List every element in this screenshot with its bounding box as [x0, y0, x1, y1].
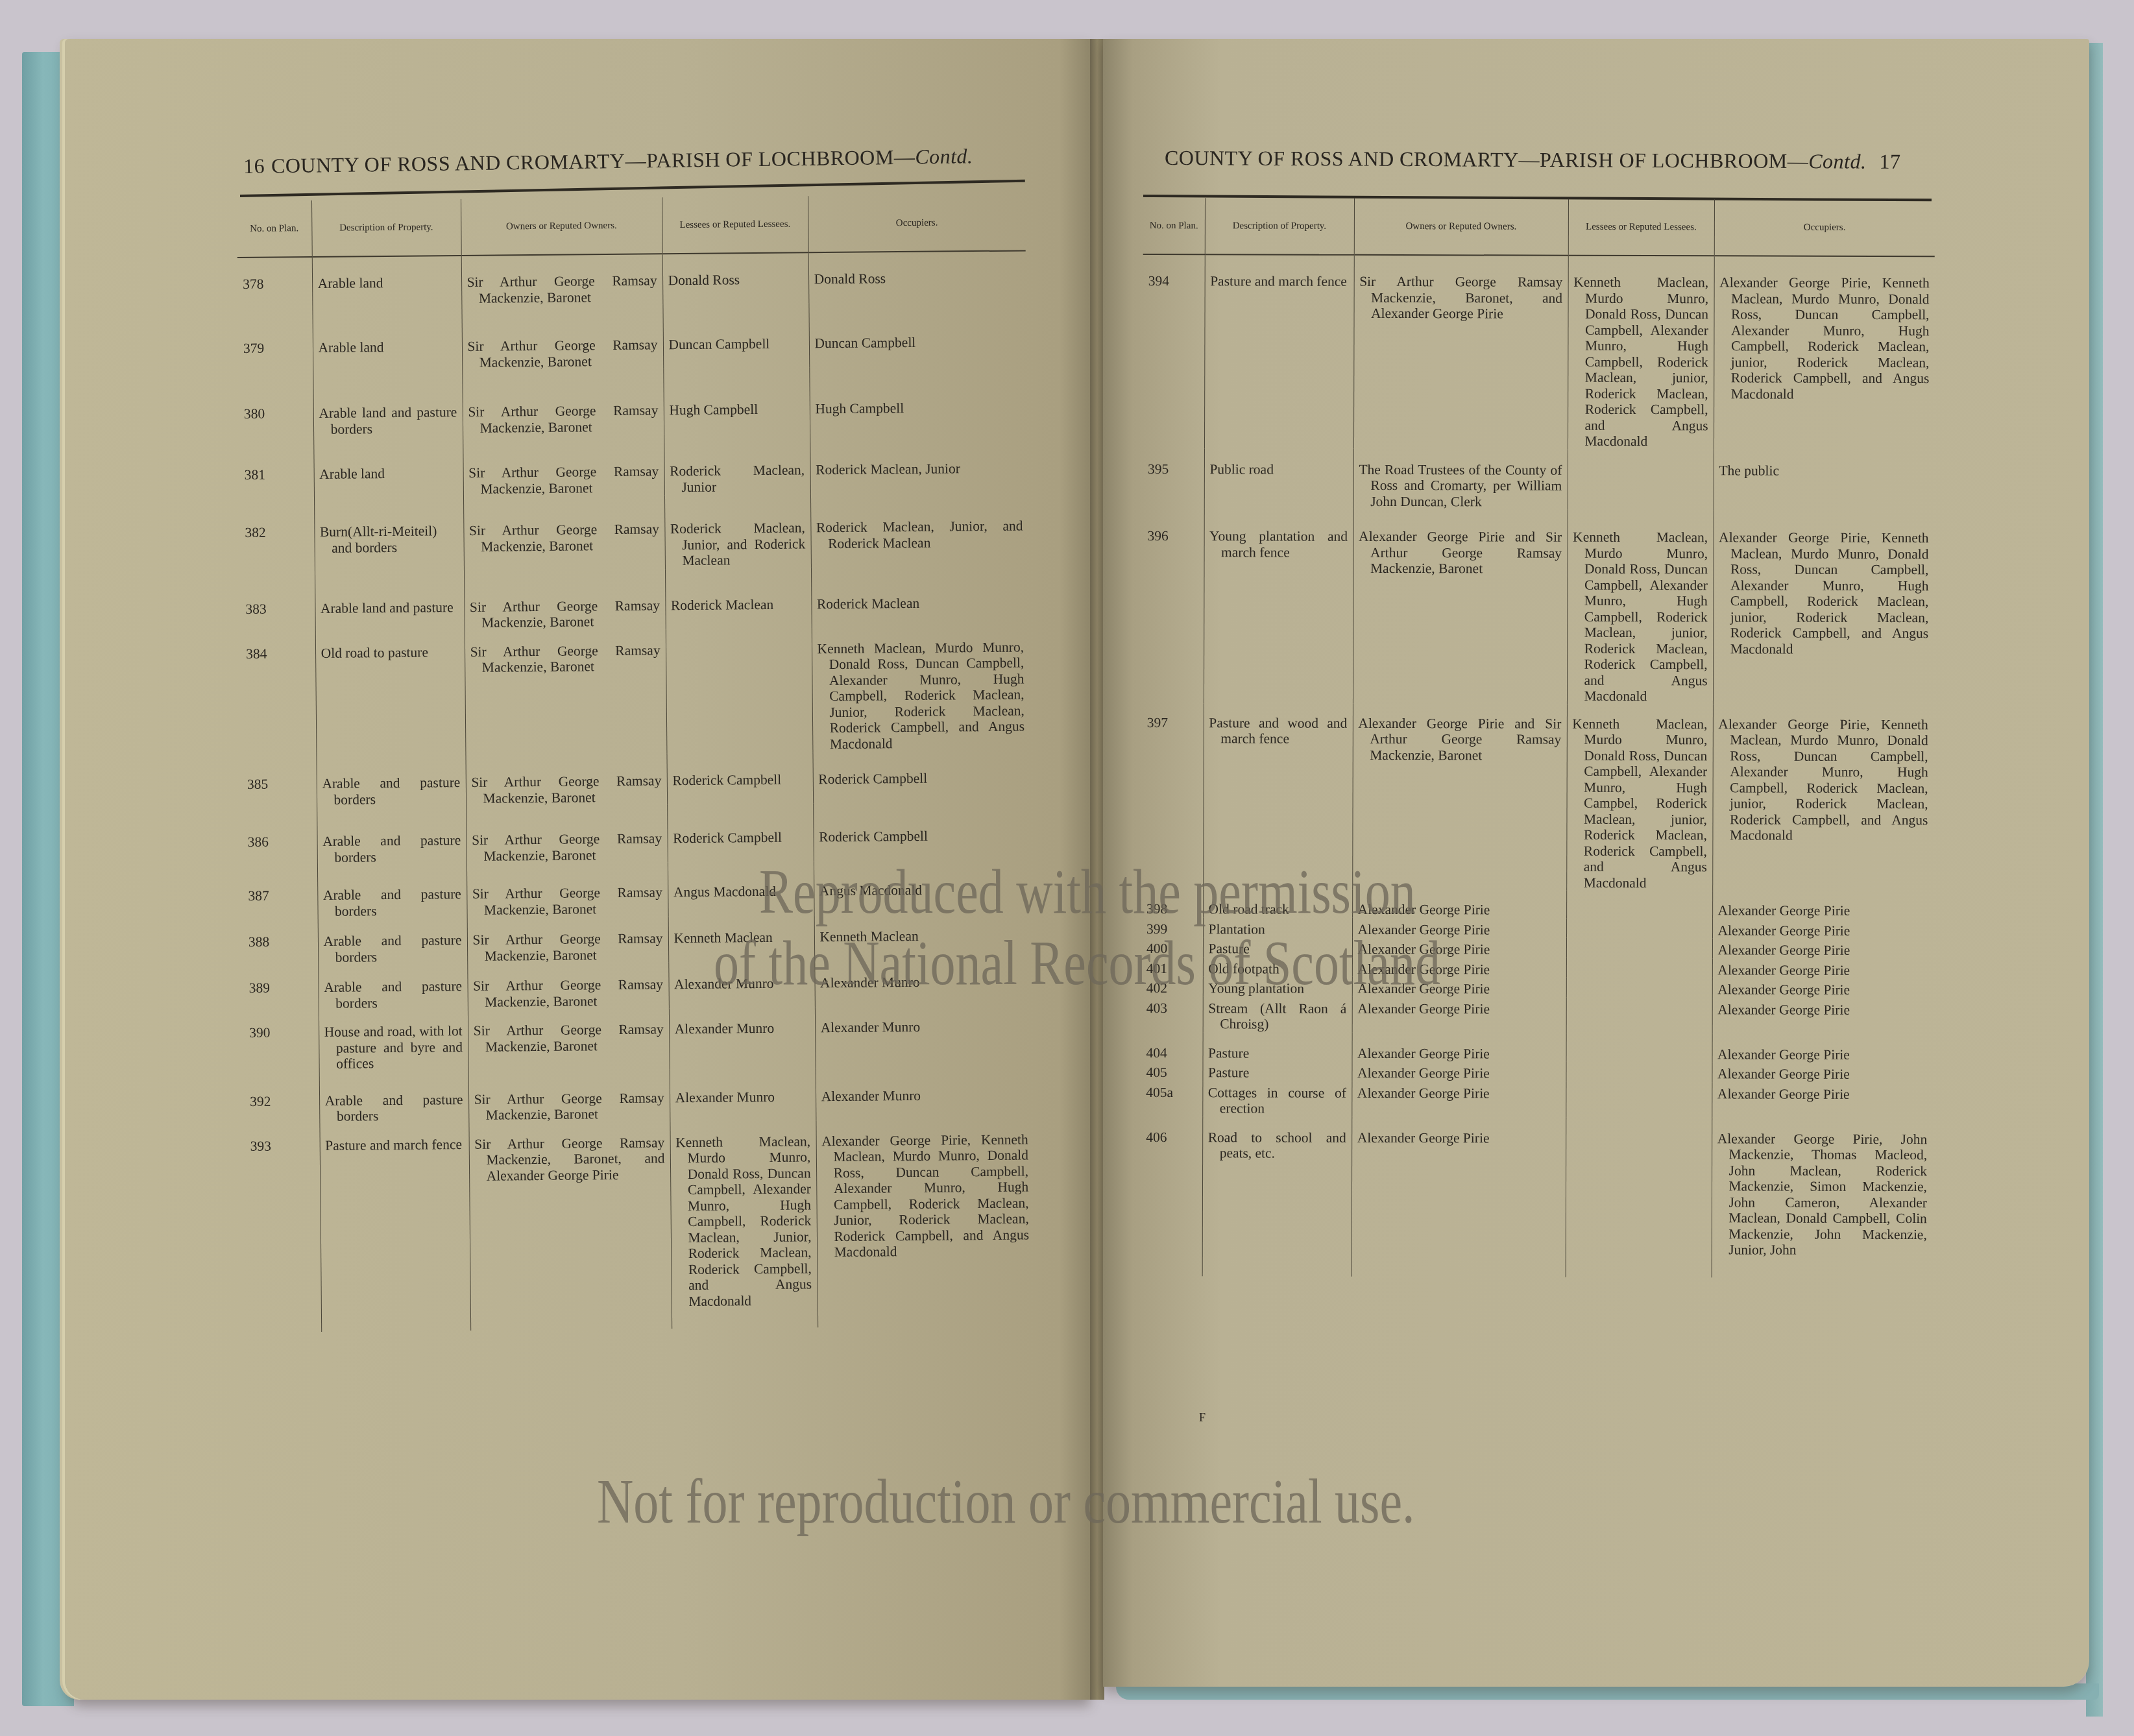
column-header: Occupiers. [808, 194, 1026, 252]
cell-text: Donald Ross [814, 269, 1021, 287]
cell-no: 379 [237, 307, 313, 372]
column-header: No. on Plan. [237, 200, 312, 258]
cell-text: Old road track [1209, 901, 1347, 917]
table-row: 402Young plantationAlexander George Piri… [1141, 976, 1933, 998]
table-row: 405PastureAlexander George PirieAlexande… [1141, 1061, 1932, 1083]
table-body: 394Pasture and march fenceSir Arthur Geo… [1141, 254, 1935, 1278]
cell-no: 405 [1141, 1061, 1202, 1081]
cell-text: 379 [243, 341, 264, 356]
cell-occupiers: Kenneth Maclean [814, 913, 1032, 961]
cell-text [1571, 1130, 1706, 1131]
cell-description: Old footpath [1203, 957, 1352, 977]
cell-lessees: Roderick Maclean [665, 568, 812, 629]
running-head-contd: Contd. [1808, 149, 1866, 173]
cell-occupiers: Roderick Campbell [813, 801, 1031, 861]
cell-description: Pasture [1203, 1032, 1352, 1061]
cell-no: 390 [244, 1011, 319, 1073]
cell-text: Kenneth Maclean, Murdo Munro, Donald Ros… [1572, 716, 1708, 891]
cell-no: 381 [239, 437, 314, 499]
cell-occupiers: Alexander George Pirie, Kenneth Maclean,… [1712, 705, 1934, 891]
cell-text: Alexander George Pirie [1357, 1085, 1560, 1101]
cell-no: 398 [1141, 889, 1203, 917]
cell-text: Roderick Campbell [672, 771, 807, 788]
cell-description: Arable and pasture borders [318, 964, 468, 1011]
cell-text: 401 [1146, 961, 1167, 976]
cell-description: Young plantation [1203, 976, 1352, 996]
cell-occupiers: Alexander George Pirie, John Mackenzie, … [1712, 1118, 1933, 1278]
cell-text: Alexander George Pirie [1357, 1000, 1560, 1017]
cell-text: Sir Arthur George Ramsay Mackenzie, Baro… [468, 463, 659, 497]
cell-lessees [1566, 1062, 1712, 1082]
cell-lessees [1566, 1081, 1712, 1118]
cell-text: 402 [1146, 980, 1167, 996]
cell-owners: The Road Trustees of the County of Ross … [1353, 448, 1568, 509]
cell-occupiers: Alexander George Pirie [1712, 978, 1933, 998]
cell-text: Arable and pasture borders [322, 775, 460, 808]
cell-text: Roderick Maclean, Junior, and Roderick M… [670, 520, 806, 568]
cell-text: Sir Arthur George Ramsay Mackenzie, Baro… [474, 1090, 664, 1124]
cell-owners: Alexander George Pirie [1352, 957, 1566, 977]
cell-text: Sir Arthur George Ramsay Mackenzie, Baro… [474, 1135, 665, 1184]
cell-text: Alexander Munro [820, 973, 1027, 991]
cell-text: Sir Arthur George Ramsay Mackenzie, Baro… [473, 976, 663, 1010]
valuation-table-left: No. on Plan. Description of Property. Ow… [237, 194, 1035, 1332]
cell-no: 402 [1141, 976, 1203, 996]
cell-owners: Sir Arthur George Ramsay Mackenzie, Baro… [467, 962, 669, 1010]
cell-text: 387 [248, 888, 269, 904]
cell-text: Angus Macdonald [819, 881, 1026, 898]
book-gutter [1090, 39, 1104, 1700]
cell-text: Alexander George Pirie [1717, 1066, 1928, 1082]
cell-occupiers: Kenneth Maclean, Murdo Munro, Donald Ros… [812, 626, 1030, 752]
cell-text: 394 [1148, 273, 1169, 289]
cell-owners: Alexander George Pirie [1352, 890, 1566, 918]
cell-text: Public road [1209, 461, 1348, 477]
cell-description: Arable and pasture borders [317, 806, 467, 865]
cell-text: Sir Arthur George Ramsay Mackenzie, Baro… [472, 884, 662, 918]
cell-text: Alexander George Pirie [1357, 1129, 1560, 1146]
cell-occupiers: Alexander George Pirie [1712, 938, 1933, 958]
cell-text: Pasture [1208, 1045, 1346, 1061]
cell-text: 392 [250, 1093, 271, 1109]
cell-lessees: Angus Macdonald [668, 861, 814, 916]
column-header: Lessees or Reputed Lessees. [1568, 199, 1714, 256]
cell-text: Sir Arthur George Ramsay Mackenzie, Baro… [474, 1021, 664, 1055]
cell-description: Young plantation and march fence [1204, 509, 1353, 703]
table-row: 397Pasture and wood and march fenceAlexa… [1141, 703, 1934, 891]
cell-owners: Alexander George Pirie [1352, 1116, 1566, 1277]
cell-text: 380 [244, 406, 265, 422]
cell-text [1571, 982, 1706, 982]
table-row: 401Old footpathAlexander George PirieAle… [1141, 956, 1933, 978]
cell-text: Arable and pasture borders [323, 886, 461, 919]
cell-occupiers: Hugh Campbell [809, 365, 1027, 433]
cell-text: Sir Arthur George Ramsay Mackenzie, Baro… [467, 272, 657, 306]
table-header-row: No. on Plan. Description of Property. Ow… [237, 194, 1026, 258]
cell-text: 388 [249, 934, 269, 950]
table-row: 395Public roadThe Road Trustees of the C… [1143, 448, 1934, 511]
table-row: 403Stream (Allt Raon á Chroisg)Alexander… [1141, 996, 1933, 1033]
cell-text: Alexander George Pirie [1717, 962, 1928, 978]
cell-text: 393 [250, 1138, 271, 1153]
cell-text: Old footpath [1208, 961, 1346, 977]
cell-text: 390 [249, 1025, 270, 1041]
cell-lessees: Duncan Campbell [662, 303, 809, 368]
cell-text: Alexander George Pirie [1717, 1086, 1928, 1102]
cell-text: Duncan Campbell [814, 333, 1021, 351]
cell-lessees: Donald Ross [662, 252, 809, 304]
cell-occupiers: Alexander George Pirie [1712, 1062, 1932, 1082]
cell-owners: Alexander George Pirie and Sir Arthur Ge… [1352, 703, 1567, 890]
cell-no: 395 [1143, 448, 1204, 509]
cell-no: 388 [243, 919, 319, 966]
cell-occupiers: The public [1714, 450, 1934, 511]
column-header: No. on Plan. [1143, 198, 1205, 254]
table-row: 400PastureAlexander George PirieAlexande… [1141, 937, 1933, 959]
cell-text: Arable and pasture borders [323, 932, 461, 965]
table-row: 405aCottages in course of erectionAlexan… [1141, 1080, 1932, 1118]
cell-owners: Sir Arthur George Ramsay Mackenzie, Baro… [467, 862, 668, 918]
cell-text: Alexander George Pirie [1718, 902, 1928, 919]
table-row: 394Pasture and march fenceSir Arthur Geo… [1143, 254, 1935, 450]
cell-text: 406 [1146, 1129, 1167, 1145]
cell-occupiers: Alexander George Pirie [1712, 919, 1933, 939]
column-header: Description of Property. [1205, 198, 1354, 255]
cell-lessees: Roderick Maclean, Junior, and Roderick M… [664, 494, 811, 568]
cell-description: Arable and pasture borders [317, 864, 467, 919]
cell-text: Alexander Munro [675, 1020, 810, 1037]
cell-owners: Alexander George Pirie [1352, 917, 1566, 937]
cell-text: Alexander George Pirie, Kenneth Maclean,… [821, 1131, 1029, 1260]
cell-occupiers: Duncan Campbell [808, 301, 1026, 367]
cell-lessees [1566, 1033, 1712, 1062]
table-row: 381Arable landSir Arthur George Ramsay M… [239, 431, 1028, 499]
cell-text: Sir Arthur George Ramsay Mackenzie, Baro… [1359, 274, 1562, 322]
cell-occupiers: Alexander Munro [814, 959, 1032, 1007]
cell-text: Plantation [1209, 921, 1347, 937]
cell-description: Cottages in course of erection [1202, 1081, 1352, 1117]
cell-description: Pasture and march fence [1204, 254, 1354, 448]
cell-lessees [1568, 449, 1714, 510]
cell-owners: Sir Arthur George Ramsay Mackenzie, Baro… [468, 1069, 670, 1124]
cell-occupiers: Donald Ross [808, 250, 1026, 303]
cell-text: Arable land [318, 274, 456, 291]
cell-text: 386 [248, 834, 269, 850]
cell-no: 382 [239, 498, 315, 572]
cell-text: 396 [1148, 528, 1169, 544]
cell-text: Alexander George Pirie, Kenneth Maclean,… [1718, 716, 1928, 844]
cell-text: Sir Arthur George Ramsay Mackenzie, Baro… [470, 597, 660, 631]
cell-text: Alexander George Pirie [1358, 921, 1561, 937]
cell-text: The public [1719, 463, 1929, 479]
cell-lessees [1566, 997, 1712, 1033]
cell-no: 383 [240, 572, 315, 633]
cell-owners: Sir Arthur George Ramsay Mackenzie, Baro… [464, 569, 666, 631]
cell-owners: Alexander George Pirie [1352, 996, 1566, 1033]
cell-text: Alexander George Pirie [1358, 902, 1561, 918]
cell-occupiers: Alexander George Pirie [1712, 958, 1933, 978]
cell-text: Alexander George Pirie, Kenneth Maclean,… [1719, 529, 1929, 657]
cell-text: Arable land and pasture borders [319, 404, 457, 437]
cell-no: 384 [241, 632, 317, 756]
cell-text: Arable land and pasture [321, 599, 459, 616]
cell-text [1571, 1085, 1706, 1086]
table-row: 386Arable and pasture bordersSir Arthur … [242, 801, 1031, 866]
cell-text: Roderick Maclean, Junior [816, 460, 1023, 477]
table-row: 392Arable and pasture bordersSir Arthur … [245, 1066, 1034, 1126]
cell-occupiers: Alexander George Pirie, Kenneth Maclean,… [1713, 510, 1934, 705]
cell-text: Sir Arthur George Ramsay Mackenzie, Baro… [470, 642, 660, 676]
cell-occupiers: Alexander George Pirie, Kenneth Maclean,… [1714, 256, 1935, 450]
table-row: 388Arable and pasture bordersSir Arthur … [243, 913, 1032, 966]
cell-text: Alexander George Pirie [1717, 1002, 1928, 1018]
table-row: 379Arable landSir Arthur George Ramsay M… [237, 301, 1026, 372]
cell-description: Public road [1204, 448, 1353, 509]
cell-text: 382 [245, 525, 265, 540]
cell-text [1571, 961, 1706, 962]
cell-text: Alexander George Pirie [1357, 1065, 1560, 1081]
cell-occupiers: Roderick Maclean [811, 566, 1029, 628]
cell-description: Arable and pasture borders [318, 918, 468, 965]
cell-owners: Sir Arthur George Ramsay Mackenzie, Baro… [461, 254, 663, 306]
cell-text: Arable and pasture borders [322, 832, 461, 865]
cell-occupiers: Alexander Munro [815, 1005, 1033, 1067]
cell-owners: Alexander George Pirie [1352, 1032, 1566, 1061]
table-row: 398Old road trackAlexander George PirieA… [1141, 889, 1933, 919]
cell-description: Road to school and peats, etc. [1202, 1116, 1352, 1277]
cell-no: 400 [1141, 937, 1203, 957]
cell-text: Pasture and march fence [325, 1137, 463, 1153]
cell-lessees: Kenneth Maclean, Murdo Munro, Donald Ros… [1566, 704, 1713, 891]
cell-text: Arable and pasture borders [324, 978, 462, 1011]
cell-text: Alexander George Pirie and Sir Arthur Ge… [1359, 529, 1562, 577]
cell-text: Alexander Munro [821, 1018, 1028, 1035]
cell-no: 389 [243, 965, 319, 1012]
cell-description: Arable land [313, 436, 463, 498]
cell-description: Burn(Allt-ri-Meiteil) and borders [314, 497, 464, 572]
cell-text: Duncan Campbell [668, 335, 803, 352]
cell-text: Alexander Munro [675, 1089, 810, 1105]
cell-lessees: Roderick Maclean, Junior [664, 433, 810, 495]
cell-lessees [1566, 958, 1712, 978]
cell-no: 396 [1142, 509, 1204, 703]
cell-text: Alexander George Pirie, Kenneth Maclean,… [1719, 274, 1930, 402]
cell-text: Arable land [319, 465, 457, 482]
table-row: 396Young plantation and march fenceAlexa… [1142, 509, 1934, 705]
cell-owners: Sir Arthur George Ramsay Mackenzie, Baro… [461, 304, 663, 370]
cell-text: Kenneth Maclean, Murdo Munro, Donald Ros… [675, 1133, 812, 1309]
cell-text: 385 [247, 777, 268, 792]
cell-text: Sir Arthur George Ramsay Mackenzie, Baro… [472, 930, 662, 964]
cell-occupiers: Alexander Munro [816, 1066, 1034, 1120]
cell-text: 403 [1146, 1000, 1167, 1016]
cell-lessees [1566, 891, 1712, 919]
cell-lessees: Kenneth Maclean, Murdo Munro, Donald Ros… [1568, 256, 1714, 450]
cell-description: Pasture and march fence [319, 1123, 470, 1331]
cell-text [1573, 462, 1708, 463]
cell-text [1572, 922, 1707, 922]
cell-no: 387 [243, 865, 318, 920]
cell-text [1571, 1066, 1706, 1067]
cell-description: Pasture [1202, 1061, 1352, 1081]
column-header: Occupiers. [1714, 199, 1935, 256]
cell-text: Kenneth Maclean, Murdo Munro, Donald Ros… [1573, 274, 1708, 450]
cell-owners: Alexander George Pirie [1352, 977, 1566, 997]
cell-text: Sir Arthur George Ramsay Mackenzie, Baro… [472, 830, 662, 864]
cell-occupiers: Alexander George Pirie [1712, 1033, 1933, 1063]
cell-owners: Sir Arthur George Ramsay Mackenzie, Baro… [465, 629, 667, 755]
cell-description: House and road, with lot pasture and byr… [319, 1010, 468, 1072]
cell-no: 386 [242, 808, 317, 866]
cell-text: Sir Arthur George Ramsay Mackenzie, Baro… [471, 773, 661, 806]
cell-text: 395 [1148, 461, 1169, 477]
cell-description: Pasture [1203, 937, 1352, 957]
table-row: 406Road to school and peats, etc.Alexand… [1141, 1116, 1933, 1277]
cell-text: Roderick Campbell [819, 827, 1026, 845]
page-number-left: 16 [243, 154, 265, 178]
table-row: 385Arable and pasture bordersSir Arthur … [241, 750, 1030, 808]
cell-lessees [1566, 1117, 1712, 1277]
cell-text: 383 [245, 601, 266, 616]
cell-no: 397 [1141, 703, 1204, 889]
cell-text: Pasture and march fence [1210, 273, 1348, 289]
cell-text: 398 [1146, 901, 1167, 917]
cell-text: 389 [249, 980, 269, 996]
table-row: 383Arable land and pastureSir Arthur Geo… [240, 566, 1029, 633]
cell-text: 384 [246, 645, 267, 661]
cell-occupiers: Roderick Maclean, Junior [810, 431, 1028, 494]
cell-no: 403 [1141, 996, 1203, 1031]
cell-occupiers: Alexander George Pirie [1712, 891, 1933, 919]
cell-text: House and road, with lot pasture and byr… [324, 1023, 463, 1072]
cell-text: Sir Arthur George Ramsay Mackenzie, Baro… [467, 337, 657, 370]
cell-lessees: Kenneth Maclean, Murdo Munro, Donald Ros… [1567, 510, 1714, 705]
cell-text: Pasture [1208, 941, 1346, 957]
cell-text: 399 [1146, 921, 1167, 937]
cell-owners: Sir Arthur George Ramsay Mackenzie, Baro… [465, 753, 667, 806]
running-head-right: COUNTY OF ROSS AND CROMARTY—PARISH OF LO… [1165, 146, 1901, 174]
cell-text: Alexander George Pirie [1357, 941, 1560, 958]
cell-owners: Sir Arthur George Ramsay Mackenzie, Baro… [468, 1008, 670, 1070]
cell-text: Arable and pasture borders [324, 1092, 463, 1125]
cell-text: Pasture and wood and march fence [1209, 715, 1347, 747]
cell-text: 397 [1147, 715, 1168, 730]
cell-text: Pasture [1208, 1065, 1346, 1081]
cell-lessees [666, 628, 813, 753]
cell-description: Arable land and pasture borders [313, 370, 463, 437]
cell-text: Kenneth Maclean, Murdo Munro, Donald Ros… [1572, 529, 1708, 705]
running-head-text: COUNTY OF ROSS AND CROMARTY—PARISH OF LO… [1165, 146, 1809, 173]
cell-text: 381 [245, 467, 265, 483]
cell-text: Alexander George Pirie [1357, 1045, 1560, 1061]
cell-text: 404 [1146, 1045, 1167, 1061]
cell-text: Stream (Allt Raon á Chroisg) [1208, 1000, 1346, 1033]
cell-occupiers: Angus Macdonald [814, 859, 1032, 915]
cell-text: Old road to pasture [321, 644, 459, 661]
cell-occupiers: Alexander George Pirie [1712, 1082, 1932, 1118]
running-head-contd: Contd. [915, 144, 973, 168]
cell-text: Young plantation and march fence [1209, 528, 1348, 561]
cell-no: 385 [241, 756, 317, 808]
cell-no: 380 [238, 372, 313, 438]
cell-text: Hugh Campbell [815, 399, 1022, 416]
cell-text: Roderick Maclean [817, 594, 1024, 612]
cell-text [1572, 942, 1707, 943]
table-row: 387Arable and pasture bordersSir Arthur … [243, 859, 1032, 920]
cell-text: Roderick Maclean, Junior [670, 462, 805, 495]
table-row: 399PlantationAlexander George PirieAlexa… [1141, 917, 1933, 939]
cell-text: The Road Trustees of the County of Ross … [1359, 461, 1562, 509]
cell-no: 401 [1141, 956, 1203, 976]
cell-text [1571, 1001, 1706, 1002]
cell-no: 392 [245, 1072, 320, 1125]
cell-text: Road to school and peats, etc. [1208, 1129, 1346, 1162]
cell-lessees: Hugh Campbell [663, 367, 810, 434]
signature-mark: F [1199, 1411, 1206, 1425]
cell-no: 378 [237, 257, 313, 308]
cell-no: 394 [1143, 254, 1205, 448]
cell-text: Young plantation [1208, 980, 1346, 996]
cell-text: Roderick Campbell [818, 769, 1025, 787]
cell-text: Cottages in course of erection [1208, 1085, 1346, 1117]
cell-no: 399 [1141, 917, 1203, 937]
cell-occupiers: Roderick Campbell [812, 750, 1030, 803]
cell-text: Alexander Munro [821, 1087, 1028, 1104]
cell-owners: Alexander George Pirie [1352, 1061, 1566, 1081]
cell-occupiers: Alexander George Pirie [1712, 998, 1933, 1034]
cell-text: Alexander George Pirie [1718, 922, 1928, 939]
cell-owners: Sir Arthur George Ramsay Mackenzie, Baro… [1353, 255, 1568, 449]
cell-no: 405a [1141, 1080, 1202, 1116]
cell-text: Alexander George Pirie [1357, 961, 1560, 977]
cell-lessees: Kenneth Maclean [668, 915, 815, 962]
cell-lessees: Alexander Munro [669, 1007, 816, 1068]
cell-lessees [1566, 938, 1712, 958]
cell-lessees: Roderick Campbell [666, 752, 813, 804]
cell-owners: Alexander George Pirie [1352, 1081, 1566, 1117]
cell-text [1572, 902, 1707, 903]
cell-text: Kenneth Maclean [673, 929, 808, 946]
cell-text: 405 [1146, 1065, 1167, 1080]
cell-owners: Sir Arthur George Ramsay Mackenzie, Baro… [466, 804, 668, 864]
cell-no: 404 [1141, 1031, 1203, 1061]
cell-no: 406 [1141, 1116, 1203, 1275]
table-row: 390House and road, with lot pasture and … [244, 1005, 1033, 1072]
column-header: Owners or Reputed Owners. [461, 197, 662, 256]
cell-text: Alexander George Pirie and Sir Arthur Ge… [1358, 715, 1561, 763]
cell-text: Roderick Campbell [673, 829, 808, 846]
cell-owners: Alexander George Pirie and Sir Arthur Ge… [1353, 509, 1568, 704]
cell-owners: Alexander George Pirie [1352, 937, 1566, 958]
cell-lessees [1566, 978, 1712, 998]
cell-text: Sir Arthur George Ramsay Mackenzie, Baro… [469, 521, 659, 555]
cell-text: Alexander George Pirie [1717, 942, 1928, 958]
cell-text: Hugh Campbell [669, 401, 804, 418]
cell-owners: Sir Arthur George Ramsay Mackenzie, Baro… [467, 916, 669, 964]
cell-description: Old road to pasture [315, 631, 466, 756]
cell-lessees: Roderick Campbell [667, 803, 814, 862]
cell-text: Sir Arthur George Ramsay Mackenzie, Baro… [468, 402, 658, 436]
cell-text: 400 [1146, 941, 1167, 956]
cell-text: Alexander George Pirie [1717, 1046, 1928, 1063]
table-header-row: No. on Plan. Description of Property. Ow… [1143, 198, 1935, 256]
table-row: 380Arable land and pasture bordersSir Ar… [238, 365, 1027, 438]
cell-owners: Sir Arthur George Ramsay Mackenzie, Baro… [462, 368, 664, 436]
cell-text: Burn(Allt-ri-Meiteil) and borders [320, 523, 458, 556]
column-header: Lessees or Reputed Lessees. [662, 196, 808, 254]
cell-text: Alexander George Pirie [1717, 982, 1928, 998]
cell-text: Alexander Munro [674, 975, 809, 992]
